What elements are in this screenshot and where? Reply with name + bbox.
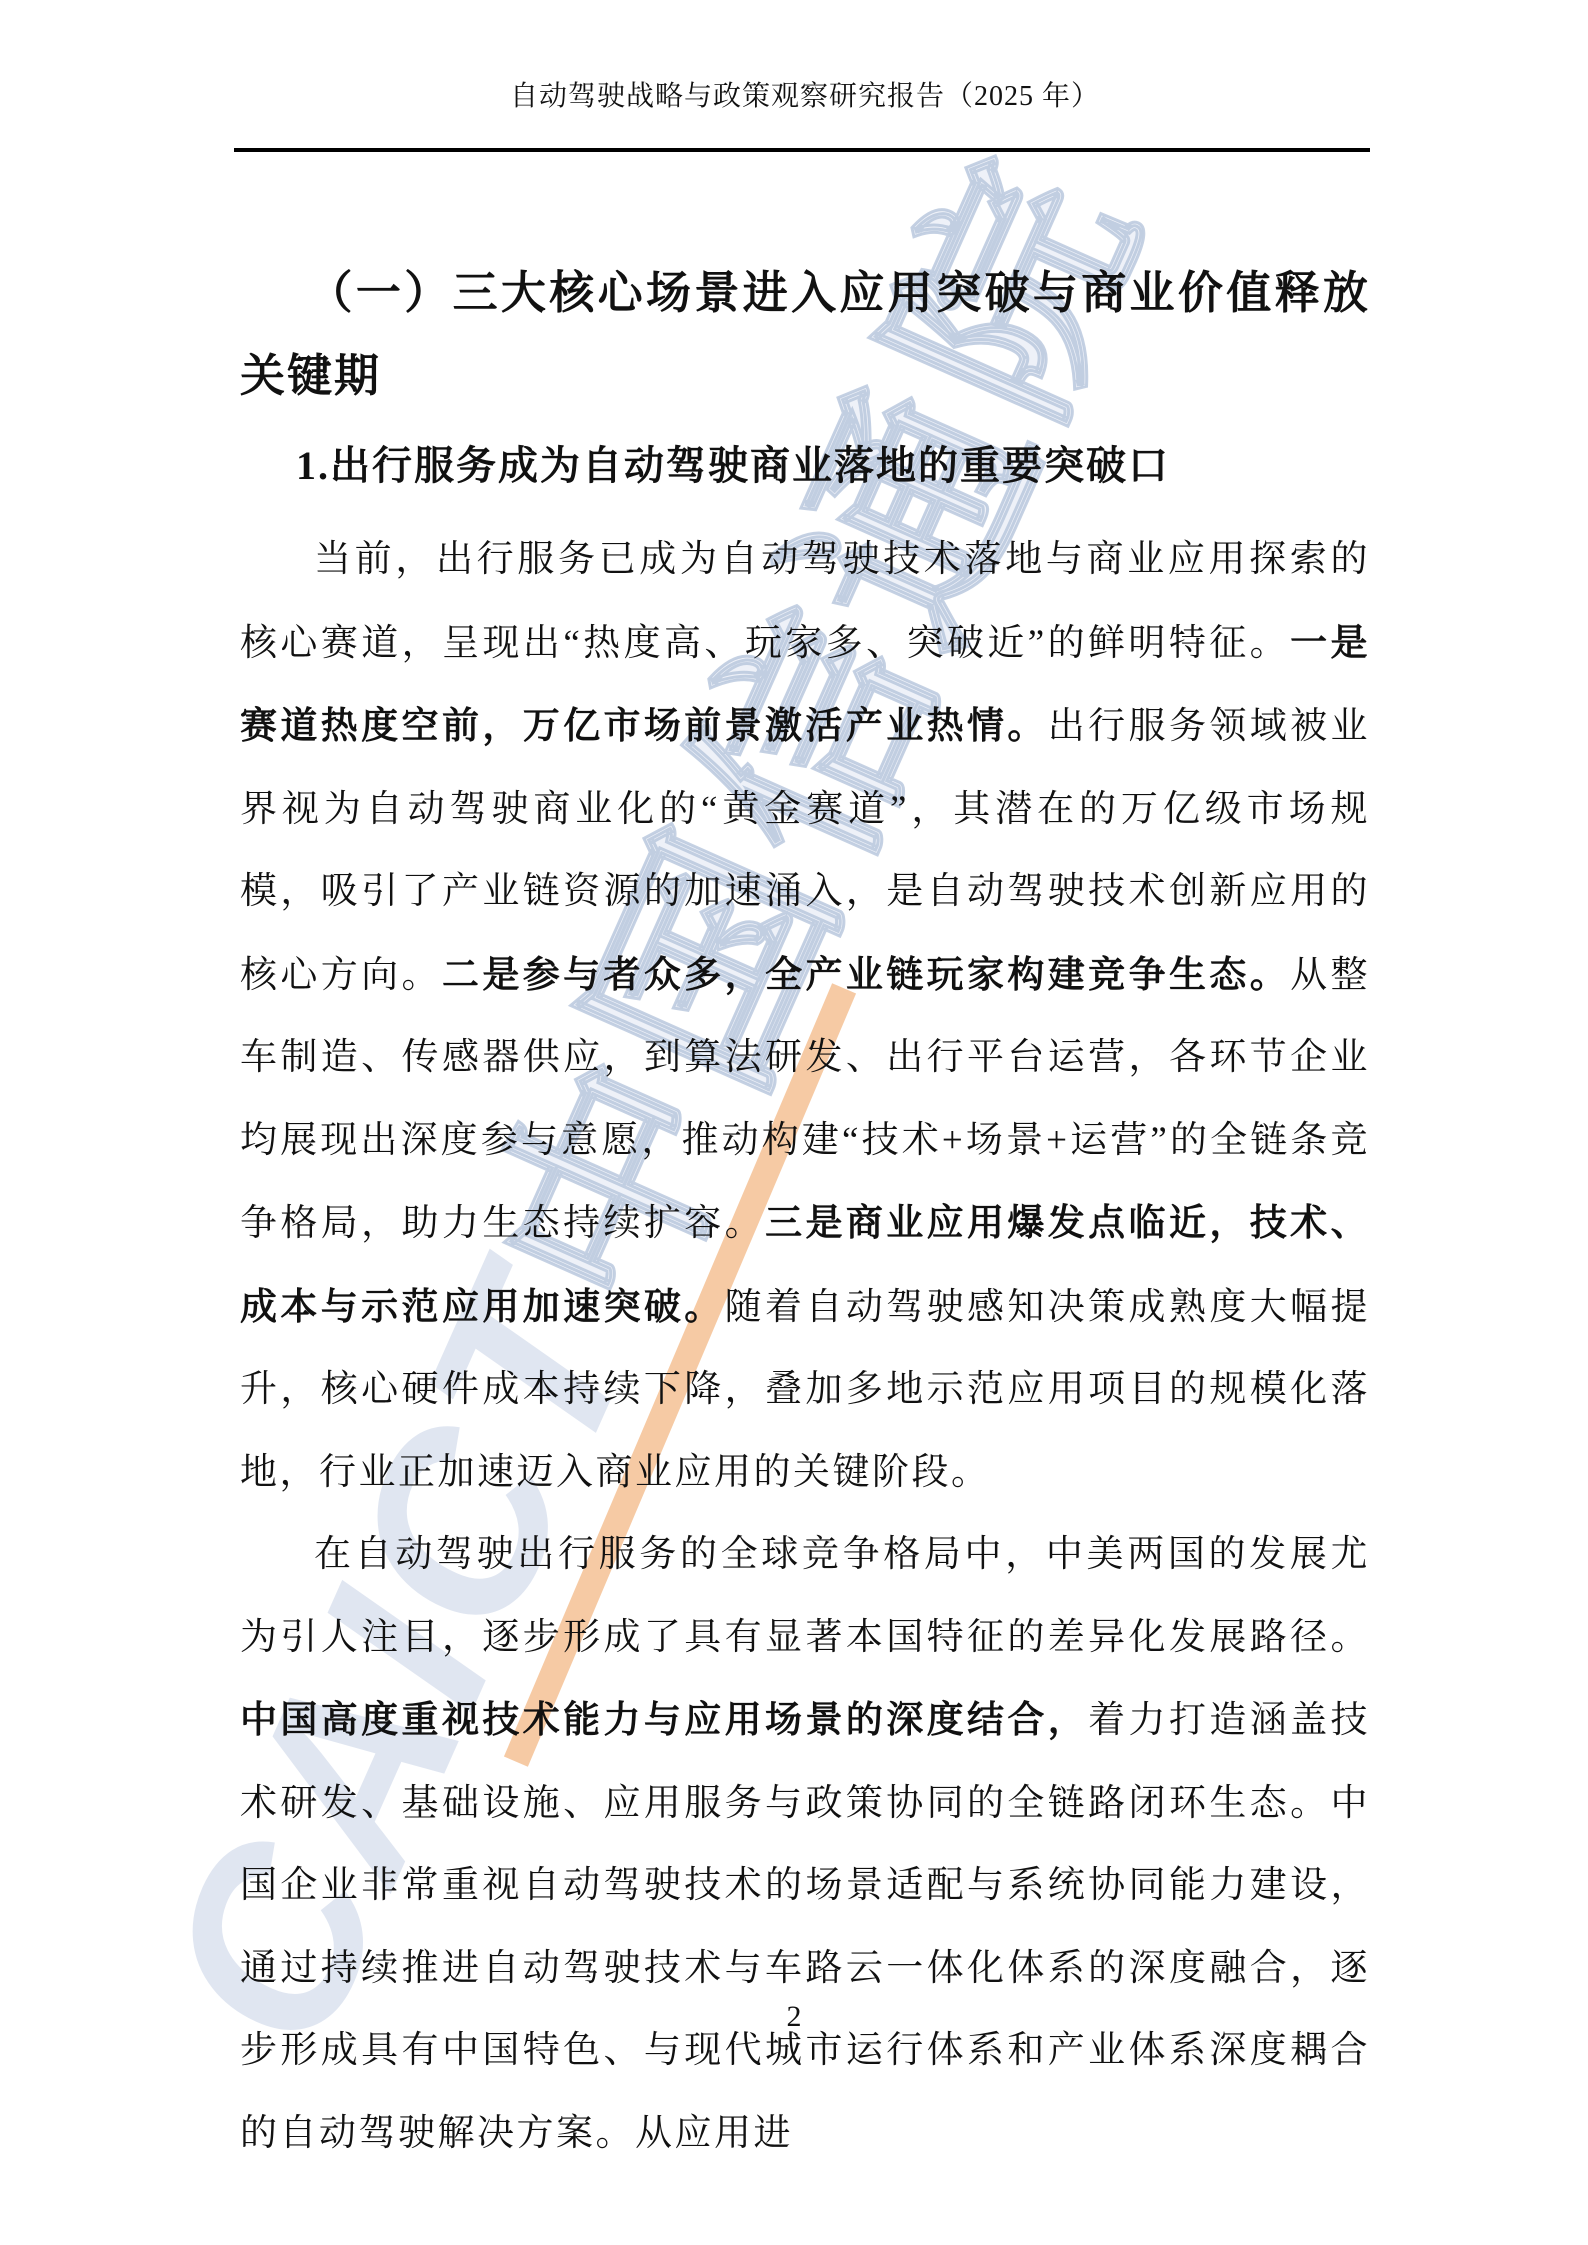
text-run: 出行服务领域被业界视为自动驾驶商业化的“黄金赛道”，其潜在的万亿级市场规模，吸引… xyxy=(240,706,1370,996)
text-run: 二是参与者众多，全产业链玩家构建竞争生态。 xyxy=(442,954,1290,995)
text-run: 中国高度重视技术能力与应用场景的深度结合， xyxy=(240,1699,1088,1740)
header-rule xyxy=(234,148,1370,152)
section-heading: （一）三大核心场景进入应用突破与商业价值释放关键期 xyxy=(240,252,1370,418)
text-run: 着力打造涵盖技术研发、基础设施、应用服务与政策协同的全链路闭环生态。中国企业非常… xyxy=(240,1700,1370,2154)
page-number: 2 xyxy=(0,2000,1588,2034)
text-run: 当前，出行服务已成为自动驾驶技术落地与商业应用探索的核心赛道，呈现出“热度高、玩… xyxy=(240,539,1370,664)
page-content: （一）三大核心场景进入应用突破与商业价值释放关键期 1.出行服务成为自动驾驶商业… xyxy=(240,252,1370,2175)
paragraph: 在自动驾驶出行服务的全球竞争格局中，中美两国的发展尤为引人注目，逐步形成了具有显… xyxy=(240,1514,1370,2175)
sub-heading: 1.出行服务成为自动驾驶商业落地的重要突破口 xyxy=(240,424,1370,507)
text-run: 从整车制造、传感器供应，到算法研发、出行平台运营，各环节企业均展现出深度参与意愿… xyxy=(240,955,1370,1245)
report-title: 自动驾驶战略与政策观察研究报告（2025 年） xyxy=(240,74,1370,114)
text-run: 在自动驾驶出行服务的全球竞争格局中，中美两国的发展尤为引人注目，逐步形成了具有显… xyxy=(240,1534,1370,1658)
document-page: CAICT中国信通院 自动驾驶战略与政策观察研究报告（2025 年） （一）三大… xyxy=(0,0,1588,2245)
paragraph: 当前，出行服务已成为自动驾驶技术落地与商业应用探索的核心赛道，呈现出“热度高、玩… xyxy=(240,519,1370,1514)
